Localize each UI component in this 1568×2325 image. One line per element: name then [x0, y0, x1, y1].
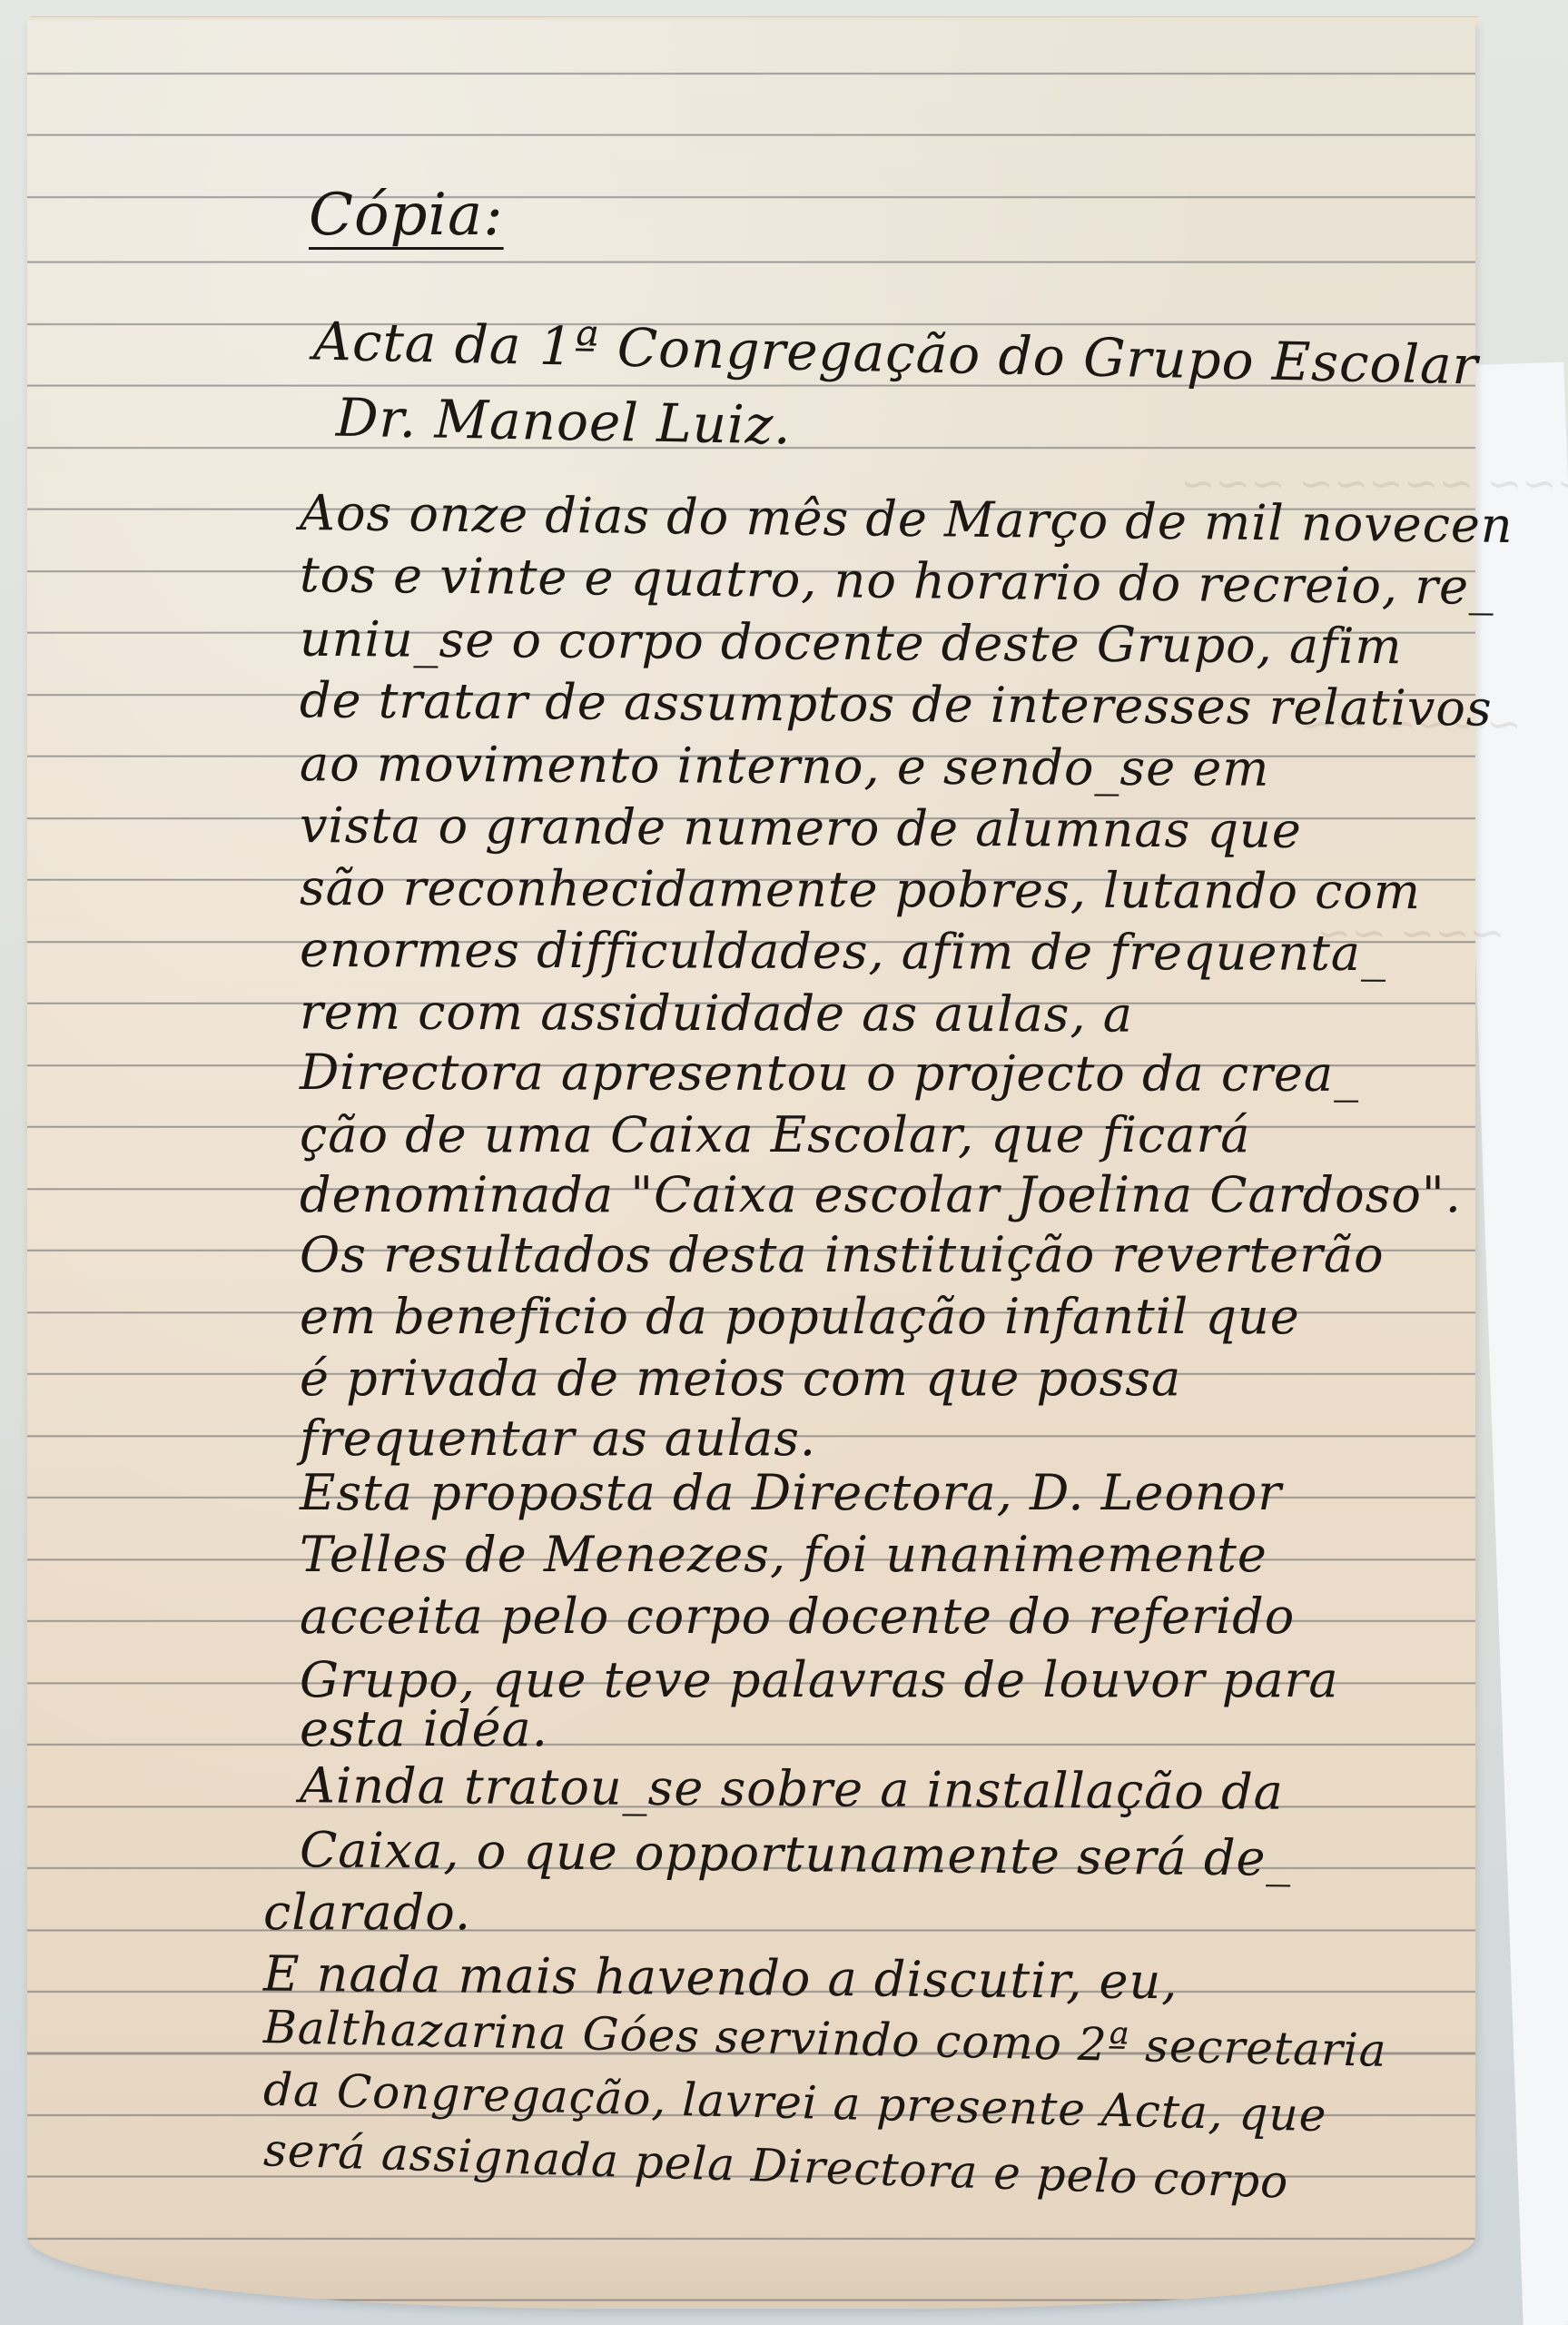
body-line: são reconhecidamente pobres, lutando com: [300, 859, 1421, 920]
body-line: Os resultados desta instituição reverter…: [300, 1226, 1385, 1283]
body-line: rem com assiduidade as aulas, a: [300, 983, 1133, 1043]
body-line: uniu_se o corpo docente deste Grupo, afi…: [300, 610, 1403, 675]
body-line: vista o grande numero de alumnas que: [300, 796, 1302, 859]
document-title-line: Dr. Manoel Luiz.: [335, 387, 792, 457]
body-line: denominada "Caixa escolar Joelina Cardos…: [300, 1166, 1462, 1223]
body-line: E nada mais havendo a discutir, eu,: [263, 1945, 1178, 2011]
body-line: em beneficio da população infantil que: [300, 1288, 1300, 1345]
body-line: enormes difficuldades, afim de frequenta…: [300, 921, 1386, 982]
body-line: frequentar as aulas.: [300, 1410, 816, 1467]
body-line: Telles de Menezes, foi unanimemente: [300, 1526, 1267, 1583]
body-line: é privada de meios com que possa: [300, 1350, 1181, 1407]
body-line: Caixa, o que opportunamente será de_: [300, 1821, 1292, 1887]
body-line: clarado.: [263, 1884, 471, 1941]
body-line: ção de uma Caixa Escolar, que ficará: [300, 1106, 1250, 1163]
body-line: Ainda tratou_se sobre a installação da: [300, 1756, 1284, 1821]
body-line: Directora apresentou o projecto da crea_: [300, 1044, 1359, 1103]
body-line: de tratar de assumptos de interesses rel…: [300, 671, 1493, 737]
body-line: acceita pelo corpo docente do referido: [300, 1588, 1295, 1645]
document-heading: Cópia:: [309, 182, 504, 249]
page-curl-shadow: [27, 2227, 1475, 2309]
body-line: Esta proposta da Directora, D. Leonor: [300, 1464, 1282, 1521]
photo-scene: ~~~ ~~~~~ ~~~ ~~~~ ~~ ~~~ ~~ Cópia: Acta…: [0, 0, 1568, 2325]
body-line: ao movimento interno, e sendo_se em: [300, 735, 1270, 797]
body-line: esta idéa.: [300, 1700, 548, 1757]
